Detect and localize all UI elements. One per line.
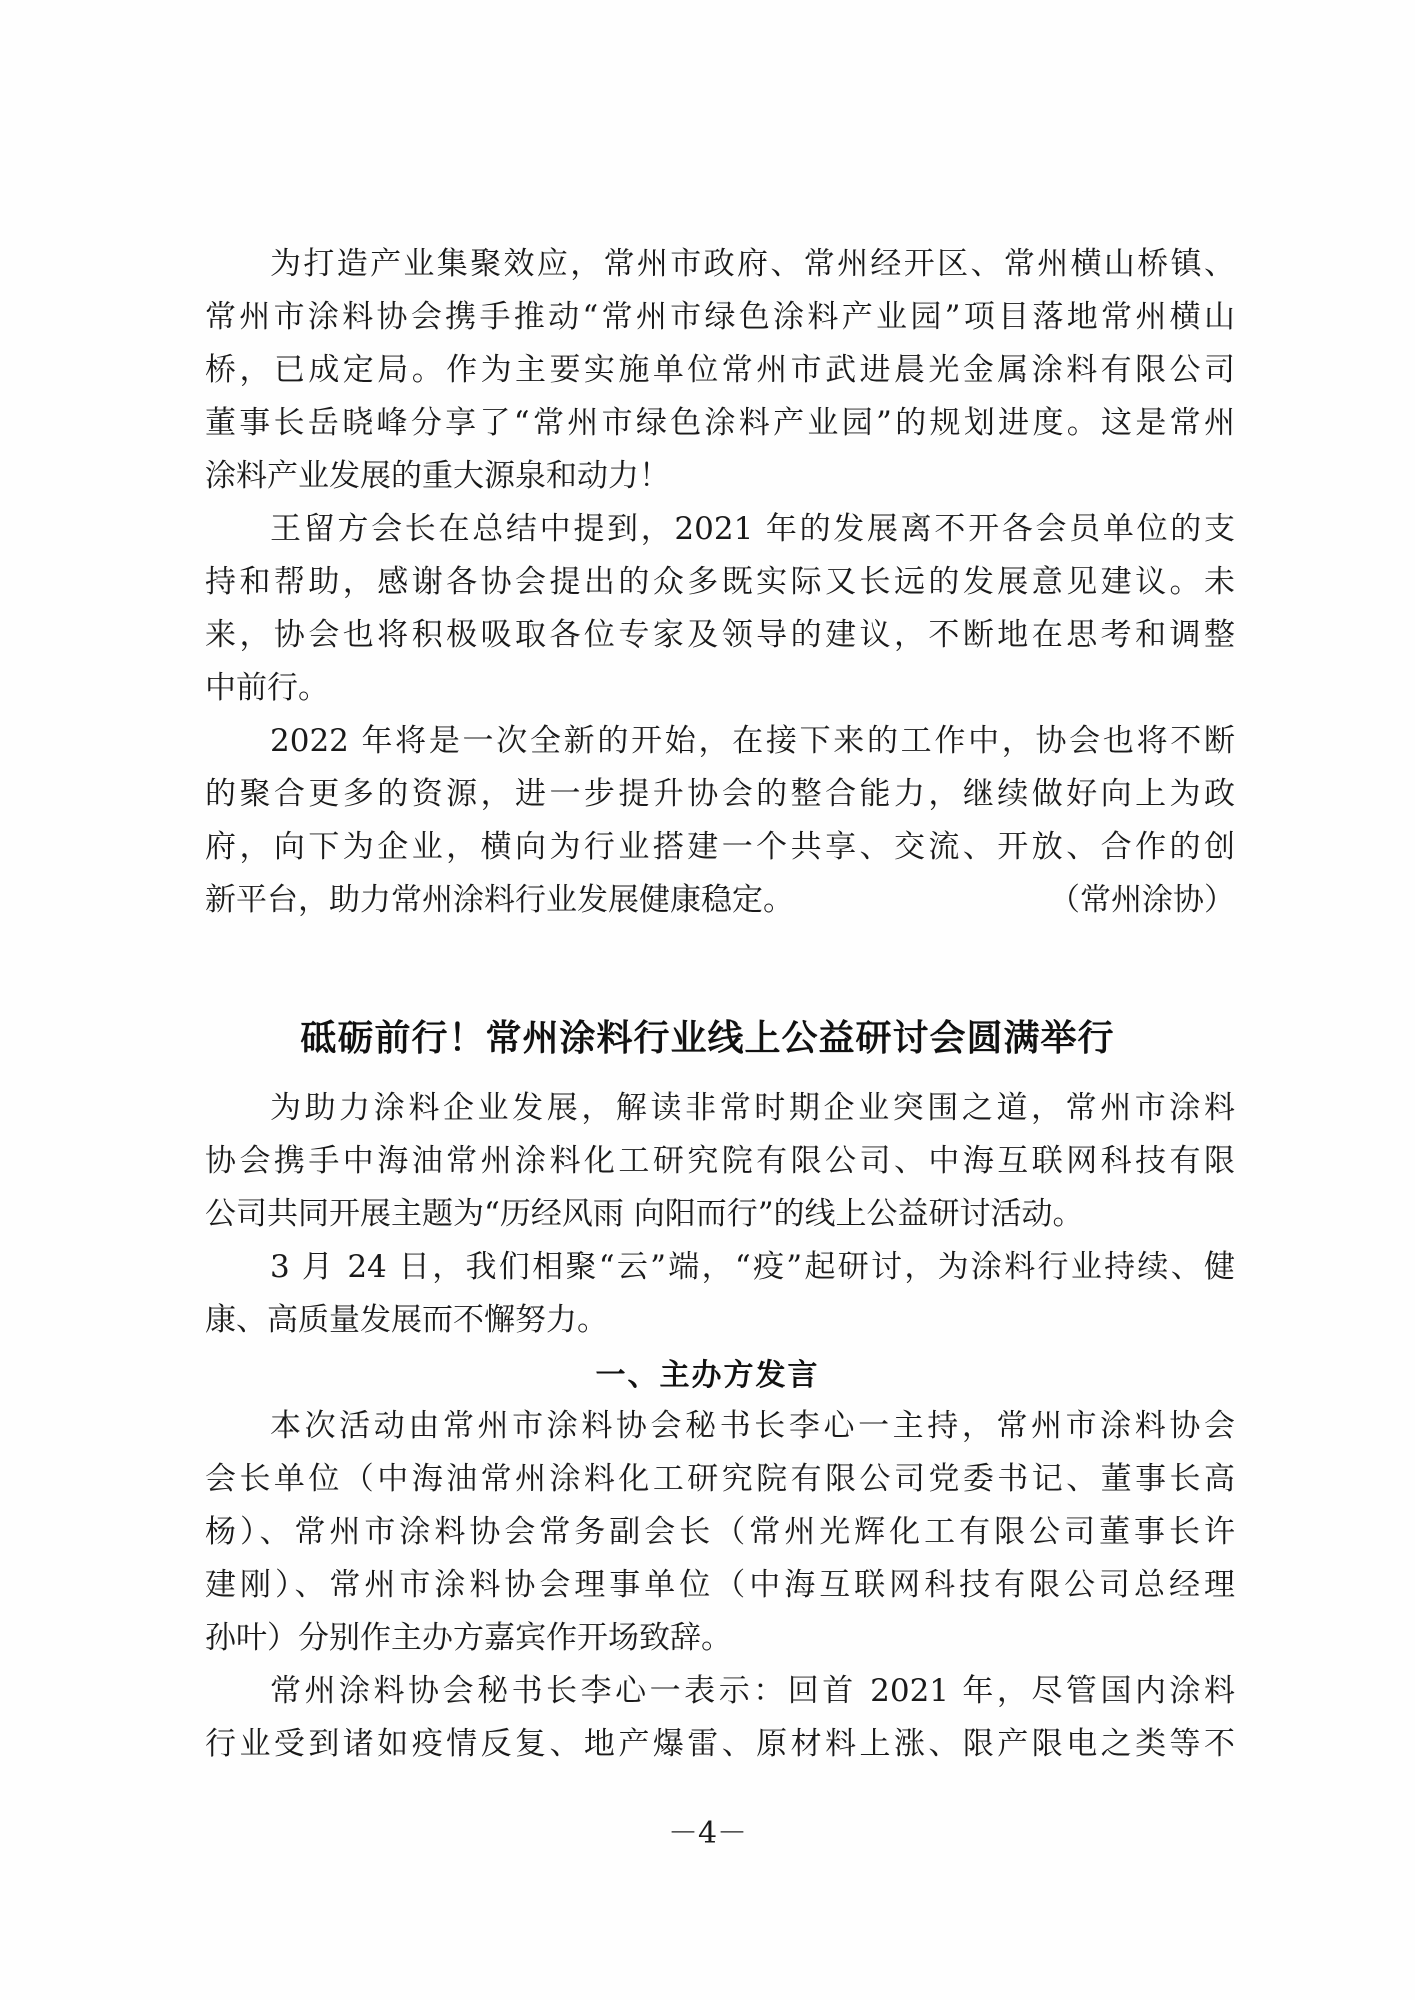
- paragraph-line: 行业受到诸如疫情反复、地产爆雷、原材料上涨、限产限电之类等不: [205, 1718, 1235, 1770]
- document-page: 为打造产业集聚效应，常州市政府、常州经开区、常州横山桥镇、 常州市涂料协会携手推…: [0, 0, 1415, 2000]
- paragraph-line: 为打造产业集聚效应，常州市政府、常州经开区、常州横山桥镇、: [270, 238, 1235, 290]
- paragraph-line-with-source: 新平台，助力常州涂料行业发展健康稳定。 （常州涂协）: [205, 874, 1235, 926]
- paragraph-line: 公司共同开展主题为“历经风雨 向阳而行”的线上公益研讨活动。: [205, 1188, 1235, 1240]
- paragraph-line: 府，向下为企业，横向为行业搭建一个共享、交流、开放、合作的创: [205, 821, 1235, 873]
- paragraph-line: 常州涂料协会秘书长李心一表示：回首 2021 年，尽管国内涂料: [270, 1665, 1235, 1717]
- paragraph-line: 3 月 24 日，我们相聚“云”端，“疫”起研讨，为涂料行业持续、健: [270, 1241, 1235, 1293]
- paragraph-line: 康、高质量发展而不懈努力。: [205, 1294, 1235, 1346]
- paragraph-line: 杨）、常州市涂料协会常务副会长（常州光辉化工有限公司董事长许: [205, 1506, 1235, 1558]
- article-title: 砥砺前行！常州涂料行业线上公益研讨会圆满举行: [0, 1010, 1415, 1061]
- paragraph-line: 持和帮助，感谢各协会提出的众多既实际又长远的发展意见建议。未: [205, 556, 1235, 608]
- paragraph-line: 的聚合更多的资源，进一步提升协会的整合能力，继续做好向上为政: [205, 768, 1235, 820]
- paragraph-line: 来，协会也将积极吸取各位专家及领导的建议，不断地在思考和调整: [205, 609, 1235, 661]
- paragraph-line: 2022 年将是一次全新的开始，在接下来的工作中，协会也将不断: [270, 715, 1235, 767]
- paragraph-line: 孙叶）分别作主办方嘉宾作开场致辞。: [205, 1612, 1235, 1664]
- paragraph-line: 会长单位（中海油常州涂料化工研究院有限公司党委书记、董事长高: [205, 1453, 1235, 1505]
- paragraph-line: 中前行。: [205, 662, 1235, 714]
- paragraph-line: 协会携手中海油常州涂料化工研究院有限公司、中海互联网科技有限: [205, 1135, 1235, 1187]
- paragraph-line: 本次活动由常州市涂料协会秘书长李心一主持，常州市涂料协会: [270, 1400, 1235, 1452]
- page-number: －4－: [0, 1808, 1415, 1852]
- paragraph-line: 桥，已成定局。作为主要实施单位常州市武进晨光金属涂料有限公司: [205, 344, 1235, 396]
- paragraph-line: 建刚）、常州市涂料协会理事单位（中海互联网科技有限公司总经理: [205, 1559, 1235, 1611]
- source-attribution: （常州涂协）: [1049, 874, 1235, 926]
- paragraph-line: 常州市涂料协会携手推动“常州市绿色涂料产业园”项目落地常州横山: [205, 291, 1235, 343]
- paragraph-line: 涂料产业发展的重大源泉和动力！: [205, 450, 1235, 502]
- paragraph-line: 王留方会长在总结中提到，2021 年的发展离不开各会员单位的支: [270, 503, 1235, 555]
- section-heading: 一、主办方发言: [0, 1350, 1415, 1394]
- paragraph-line: 董事长岳晓峰分享了“常州市绿色涂料产业园”的规划进度。这是常州: [205, 397, 1235, 449]
- paragraph-line: 为助力涂料企业发展，解读非常时期企业突围之道，常州市涂料: [270, 1082, 1235, 1134]
- paragraph-text: 新平台，助力常州涂料行业发展健康稳定。: [205, 874, 794, 926]
